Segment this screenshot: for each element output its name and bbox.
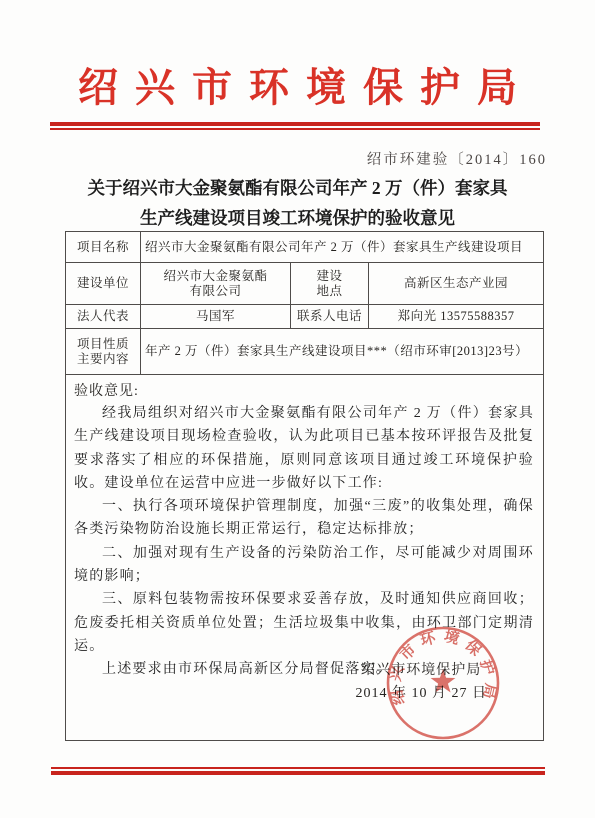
divider-thick-line xyxy=(50,122,540,126)
table-row-builder: 建设单位 绍兴市大金聚氨酯 有限公司 建设 地点 高新区生态产业园 xyxy=(66,263,544,305)
site-label-line2: 地点 xyxy=(295,284,364,299)
header-divider xyxy=(50,122,540,130)
signature-date: 2014 年 10 月 27 日 xyxy=(356,682,488,705)
opinion-cell: 验收意见: 经我局组织对绍兴市大金聚氨酯有限公司年产 2 万（件）套家具生产线建… xyxy=(66,375,544,741)
nature-label-line1: 项目性质 xyxy=(70,337,136,352)
builder-label: 建设单位 xyxy=(66,263,141,305)
divider-thin-line xyxy=(50,128,540,130)
agency-header: 绍兴市环境保护局 xyxy=(0,56,595,113)
signature-block: 绍兴市环境保护局 2014 年 10 月 27 日 xyxy=(356,659,488,705)
builder-value-line1: 绍兴市大金聚氨酯 xyxy=(145,269,286,284)
table-row-opinion: 验收意见: 经我局组织对绍兴市大金聚氨酯有限公司年产 2 万（件）套家具生产线建… xyxy=(66,375,544,741)
document-title-line2: 生产线建设项目竣工环境保护的验收意见 xyxy=(0,203,595,233)
document-title-line1: 关于绍兴市大金聚氨酯有限公司年产 2 万（件）套家具 xyxy=(0,173,595,203)
contact-label: 联系人电话 xyxy=(291,305,369,329)
signature-agency: 绍兴市环境保护局 xyxy=(356,659,488,682)
project-info-table: 项目名称 绍兴市大金聚氨酯有限公司年产 2 万（件）套家具生产线建设项目 建设单… xyxy=(65,231,544,741)
footer-divider xyxy=(51,767,545,775)
legal-rep-label: 法人代表 xyxy=(66,305,141,329)
opinion-heading: 验收意见: xyxy=(74,381,534,402)
document-page: 绍兴市环境保护局 绍市环建验〔2014〕160 关于绍兴市大金聚氨酯有限公司年产… xyxy=(0,0,595,818)
nature-label-line2: 主要内容 xyxy=(70,352,136,367)
opinion-paragraph-2: 一、执行各项环境保护管理制度，加强“三废”的收集处理，确保各类污染物防治设施长期… xyxy=(74,495,534,542)
project-name-label: 项目名称 xyxy=(66,232,141,263)
project-name-value: 绍兴市大金聚氨酯有限公司年产 2 万（件）套家具生产线建设项目 xyxy=(141,232,544,263)
builder-value-line2: 有限公司 xyxy=(145,284,286,299)
footer-thick-line xyxy=(51,771,545,775)
site-label: 建设 地点 xyxy=(291,263,369,305)
builder-value: 绍兴市大金聚氨酯 有限公司 xyxy=(141,263,291,305)
table-row-nature: 项目性质 主要内容 年产 2 万（件）套家具生产线建设项目***（绍市环审[20… xyxy=(66,329,544,375)
table-row-project-name: 项目名称 绍兴市大金聚氨酯有限公司年产 2 万（件）套家具生产线建设项目 xyxy=(66,232,544,263)
site-value: 高新区生态产业园 xyxy=(369,263,544,305)
nature-value: 年产 2 万（件）套家具生产线建设项目***（绍市环审[2013]23号） xyxy=(141,329,544,375)
site-label-line1: 建设 xyxy=(295,269,364,284)
nature-label: 项目性质 主要内容 xyxy=(66,329,141,375)
contact-value: 郑向光 13575588357 xyxy=(369,305,544,329)
opinion-paragraph-1: 经我局组织对绍兴市大金聚氨酯有限公司年产 2 万（件）套家具生产线建设项目现场检… xyxy=(74,402,534,495)
footer-thin-line xyxy=(51,767,545,769)
document-title: 关于绍兴市大金聚氨酯有限公司年产 2 万（件）套家具 生产线建设项目竣工环境保护… xyxy=(0,173,595,233)
document-number: 绍市环建验〔2014〕160 xyxy=(367,148,547,169)
opinion-paragraph-3: 二、加强对现有生产设备的污染防治工作，尽可能减少对周围环境的影响； xyxy=(74,542,534,589)
table-row-legal-rep: 法人代表 马国军 联系人电话 郑向光 13575588357 xyxy=(66,305,544,329)
legal-rep-value: 马国军 xyxy=(141,305,291,329)
opinion-paragraph-4: 三、原料包装物需按环保要求妥善存放，及时通知供应商回收；危废委托相关资质单位处置… xyxy=(74,588,534,658)
